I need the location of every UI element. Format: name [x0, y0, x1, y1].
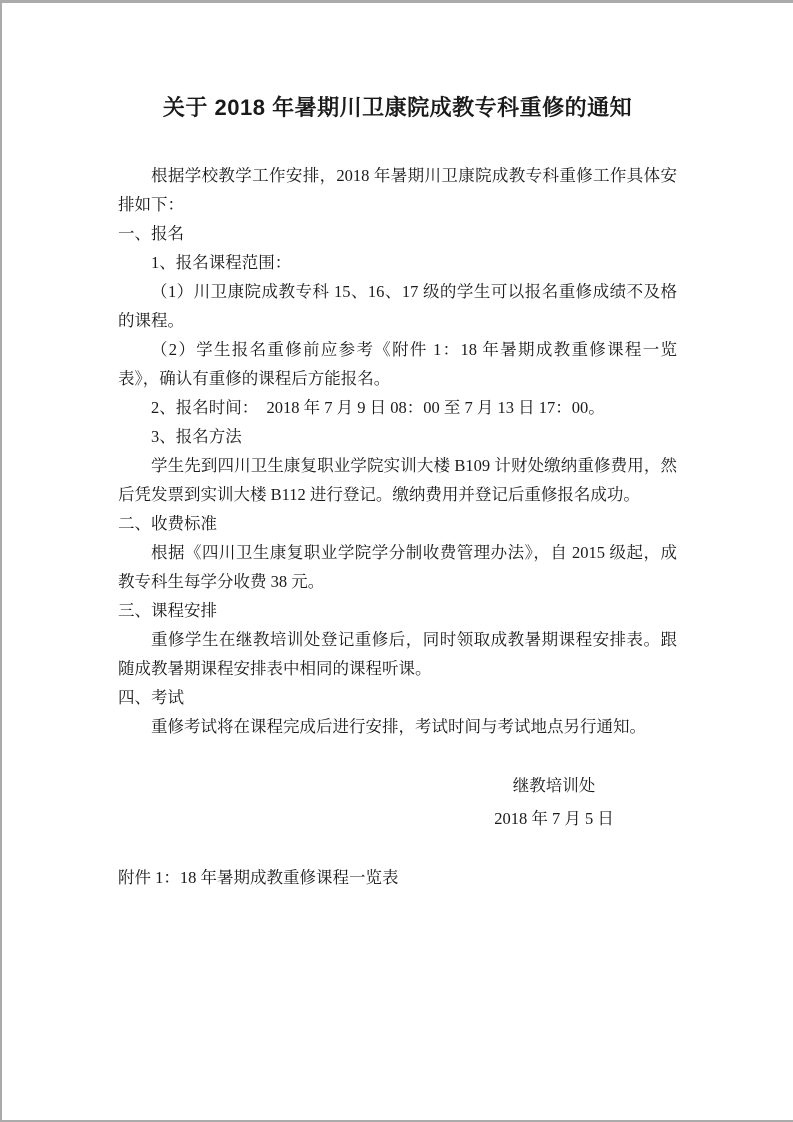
paragraph-method-detail: 学生先到四川卫生康复职业学院实训大楼 B109 计财处缴纳重修费用，然后凭发票到…: [118, 451, 677, 509]
section-heading-signup: 一、报名: [118, 219, 677, 248]
paragraph-signup-time: 2、报名时间： 2018 年 7 月 9 日 08：00 至 7 月 13 日 …: [118, 393, 677, 422]
section-heading-exam: 四、考试: [118, 683, 677, 712]
signature-block: 继教培训处 2018 年 7 月 5 日: [449, 769, 659, 835]
paragraph-fees-detail: 根据《四川卫生康复职业学院学分制收费管理办法》，自 2015 级起，成教专科生每…: [118, 538, 677, 596]
paragraph-scope-item-2: （2）学生报名重修前应参考《附件 1：18 年暑期成教重修课程一览表》，确认有重…: [118, 335, 677, 393]
document-title: 关于 2018 年暑期川卫康院成教专科重修的通知: [118, 91, 677, 125]
paragraph-intro: 根据学校教学工作安排，2018 年暑期川卫康院成教专科重修工作具体安排如下：: [118, 161, 677, 219]
paragraph-signup-method: 3、报名方法: [118, 422, 677, 451]
signature-date: 2018 年 7 月 5 日: [449, 802, 659, 835]
section-heading-fees: 二、收费标准: [118, 509, 677, 538]
notice-page: 关于 2018 年暑期川卫康院成教专科重修的通知 根据学校教学工作安排，2018…: [2, 3, 793, 1120]
paragraph-course-scope: 1、报名课程范围：: [118, 248, 677, 277]
signature-department: 继教培训处: [449, 769, 659, 802]
paragraph-schedule-detail: 重修学生在继教培训处登记重修后，同时领取成教暑期课程安排表。跟随成教暑期课程安排…: [118, 625, 677, 683]
paragraph-scope-item-1: （1）川卫康院成教专科 15、16、17 级的学生可以报名重修成绩不及格的课程。: [118, 277, 677, 335]
attachment-note: 附件 1：18 年暑期成教重修课程一览表: [118, 863, 677, 892]
section-heading-schedule: 三、课程安排: [118, 596, 677, 625]
paragraph-exam-detail: 重修考试将在课程完成后进行安排，考试时间与考试地点另行通知。: [118, 712, 677, 741]
